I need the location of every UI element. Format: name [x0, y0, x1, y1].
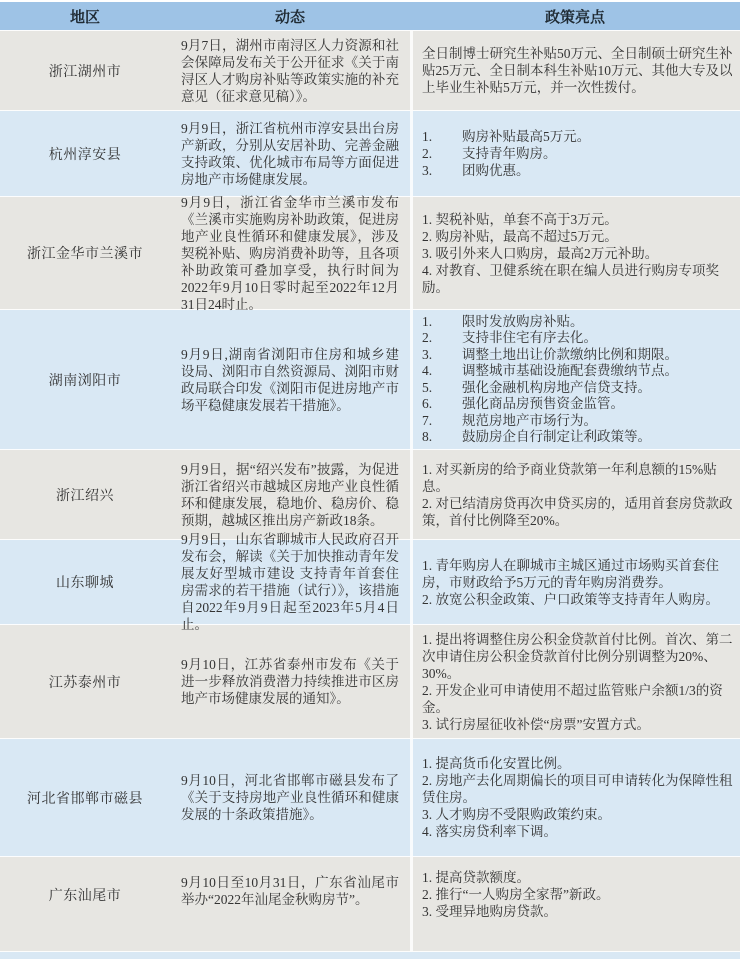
- highlight-item: 7.规范房地产市场行为。: [422, 413, 734, 430]
- highlight-item: 1. 青年购房人在聊城市主城区通过市场购买首套住房，市财政给予5万元的青年购房消…: [422, 557, 734, 591]
- highlights-cell: 1. 提高货币化安置比例。2. 房地产去化周期偏长的项目可申请转化为保障性租赁住…: [410, 739, 740, 856]
- region-cell: 山东聊城: [0, 572, 170, 592]
- item-number: 7.: [422, 413, 462, 430]
- highlight-item: 3. 吸引外来人口购房，最高2万元补助。: [422, 245, 734, 262]
- dynamics-cell: 9月10日至10月31日，广东省汕尾市举办“2022年汕尾金秋购房节”。: [170, 869, 410, 913]
- region-cell: 浙江金华市兰溪市: [0, 243, 170, 263]
- highlight-item: 1. 契税补贴，单套不高于3万元。: [422, 211, 734, 228]
- table-row: 江苏泰州市 9月10日，江苏省泰州市发布《关于进一步释放消费潜力持续推进市区房地…: [0, 625, 740, 739]
- dynamics-cell: 9月9日，浙江省杭州市淳安县出台房产新政，分别从安居补助、完善金融支持政策、优化…: [170, 115, 410, 193]
- dynamics-cell: 9月10日，河北省邯郸市磁县发布了《关于支持房地产业良性循环和健康发展的十条政策…: [170, 767, 410, 828]
- item-number: 6.: [422, 396, 462, 413]
- table-row: 杭州淳安县 9月9日，浙江省杭州市淳安县出台房产新政，分别从安居补助、完善金融支…: [0, 111, 740, 197]
- table-body: 浙江湖州市 9月7日，湖州市南浔区人力资源和社会保障局发布关于公开征求《关于南浔…: [0, 31, 740, 952]
- highlight-item: 6.强化商品房预售资金监管。: [422, 396, 734, 413]
- highlight-item: 3. 人才购房不受限购政策约束。: [422, 806, 734, 823]
- highlight-item: 2.支持非住宅有序去化。: [422, 330, 734, 347]
- highlight-item: 3.调整土地出让价款缴纳比例和期限。: [422, 347, 734, 364]
- table-row: 浙江湖州市 9月7日，湖州市南浔区人力资源和社会保障局发布关于公开征求《关于南浔…: [0, 31, 740, 111]
- highlight-item: 3.团购优惠。: [422, 162, 734, 179]
- region-cell: 浙江绍兴: [0, 485, 170, 505]
- item-text: 购房补贴最高5万元。: [462, 128, 734, 145]
- item-number: 4.: [422, 363, 462, 380]
- highlight-item: 全日制博士研究生补贴50万元、全日制硕士研究生补贴25万元、全日制本科生补贴10…: [422, 45, 734, 96]
- table-header-row: 地区 动态 政策亮点: [0, 2, 740, 31]
- item-number: 1.: [422, 314, 462, 331]
- region-cell: 河北省邯郸市磁县: [0, 788, 170, 808]
- item-text: 鼓励房企自行制定让利政策等。: [462, 429, 734, 446]
- table-row: 广东汕尾市 9月10日至10月31日，广东省汕尾市举办“2022年汕尾金秋购房节…: [0, 857, 740, 952]
- item-text: 规范房地产市场行为。: [462, 413, 734, 430]
- highlight-item: 5.强化金融机构房地产信贷支持。: [422, 380, 734, 397]
- highlight-item: 4. 落实房贷利率下调。: [422, 823, 734, 840]
- table-row: 山东聊城 9月9日，山东省聊城市人民政府召开发布会，解读《关于加快推动青年发展友…: [0, 540, 740, 625]
- item-number: 2.: [422, 145, 462, 162]
- highlight-item: 2. 购房补贴，最高不超过5万元。: [422, 228, 734, 245]
- highlight-item: 2. 放宽公积金政策、户口政策等支持青年人购房。: [422, 591, 734, 608]
- item-number: 3.: [422, 347, 462, 364]
- item-text: 调整城市基础设施配套费缴纳节点。: [462, 363, 734, 380]
- dynamics-cell: 9月9日，浙江省金华市兰溪市发布《兰溪市实施购房补助政策，促进房地产业良性循环和…: [170, 189, 410, 318]
- item-number: 1.: [422, 128, 462, 145]
- item-text: 支持非住宅有序去化。: [462, 330, 734, 347]
- region-cell: 杭州淳安县: [0, 144, 170, 164]
- highlights-cell: 1.购房补贴最高5万元。2.支持青年购房。3.团购优惠。: [410, 111, 740, 196]
- highlights-cell: 1.限时发放购房补贴。2.支持非住宅有序去化。3.调整土地出让价款缴纳比例和期限…: [410, 310, 740, 449]
- region-cell: 湖南浏阳市: [0, 370, 170, 390]
- column-header-highlights: 政策亮点: [410, 6, 740, 27]
- highlights-cell: 全日制博士研究生补贴50万元、全日制硕士研究生补贴25万元、全日制本科生补贴10…: [410, 31, 740, 110]
- item-number: 3.: [422, 162, 462, 179]
- highlight-item: 1. 提高贷款额度。: [422, 869, 734, 886]
- region-cell: 浙江湖州市: [0, 61, 170, 81]
- column-header-region: 地区: [0, 6, 170, 27]
- highlight-item: 4.调整城市基础设施配套费缴纳节点。: [422, 363, 734, 380]
- highlight-item: 1. 提出将调整住房公积金贷款首付比例。首次、第二次申请住房公积金贷款首付比例分…: [422, 631, 734, 682]
- highlight-item: 8.鼓励房企自行制定让利政策等。: [422, 429, 734, 446]
- highlights-cell: 1. 对买新房的给予商业贷款第一年利息额的15%贴息。2. 对已结清房贷再次申贷…: [410, 450, 740, 539]
- item-text: 支持青年购房。: [462, 145, 734, 162]
- highlight-item: 4. 对教育、卫健系统在职在编人员进行购房专项奖励。: [422, 262, 734, 296]
- region-cell: 广东汕尾市: [0, 885, 170, 905]
- item-text: 限时发放购房补贴。: [462, 314, 734, 331]
- policy-table: 地区 动态 政策亮点 浙江湖州市 9月7日，湖州市南浔区人力资源和社会保障局发布…: [0, 2, 740, 959]
- table-row: 河北省邯郸市磁县 9月10日，河北省邯郸市磁县发布了《关于支持房地产业良性循环和…: [0, 739, 740, 857]
- policy-table-page: 地区 动态 政策亮点 浙江湖州市 9月7日，湖州市南浔区人力资源和社会保障局发布…: [0, 0, 740, 959]
- region-cell: 江苏泰州市: [0, 672, 170, 692]
- highlight-item: 1.限时发放购房补贴。: [422, 314, 734, 331]
- dynamics-cell: 9月10日，江苏省泰州市发布《关于进一步释放消费潜力持续推进市区房地产市场健康发…: [170, 651, 410, 712]
- highlight-item: 3. 受理异地购房贷款。: [422, 903, 734, 920]
- next-row-edge: [0, 952, 740, 959]
- highlights-cell: 1. 青年购房人在聊城市主城区通过市场购买首套住房，市财政给予5万元的青年购房消…: [410, 540, 740, 624]
- highlight-item: 1. 对买新房的给予商业贷款第一年利息额的15%贴息。: [422, 461, 734, 495]
- table-row: 浙江金华市兰溪市 9月9日，浙江省金华市兰溪市发布《兰溪市实施购房补助政策，促进…: [0, 197, 740, 310]
- item-text: 调整土地出让价款缴纳比例和期限。: [462, 347, 734, 364]
- highlight-item: 1.购房补贴最高5万元。: [422, 128, 734, 145]
- highlights-cell: 1. 提高贷款额度。2. 推行“一人购房全家帮”新政。3. 受理异地购房贷款。: [410, 857, 740, 951]
- highlight-item: 2. 对已结清房贷再次申贷买房的，适用首套房贷款政策，首付比例降至20%。: [422, 495, 734, 529]
- item-text: 强化金融机构房地产信贷支持。: [462, 380, 734, 397]
- highlights-cell: 1. 契税补贴，单套不高于3万元。2. 购房补贴，最高不超过5万元。3. 吸引外…: [410, 197, 740, 309]
- dynamics-cell: 9月9日，据“绍兴发布”披露，为促进浙江省绍兴市越城区房地产业良性循环和健康发展…: [170, 456, 410, 534]
- highlight-item: 2. 房地产去化周期偏长的项目可申请转化为保障性租赁住房。: [422, 772, 734, 806]
- column-header-dynamics: 动态: [170, 6, 410, 27]
- dynamics-cell: 9月9日,湖南省浏阳市住房和城乡建设局、浏阳市自然资源局、浏阳市财政局联合印发《…: [170, 341, 410, 419]
- dynamics-cell: 9月9日，山东省聊城市人民政府召开发布会，解读《关于加快推动青年发展友好型城市建…: [170, 526, 410, 638]
- item-number: 5.: [422, 380, 462, 397]
- highlight-item: 1. 提高货币化安置比例。: [422, 755, 734, 772]
- highlight-item: 3. 试行房屋征收补偿“房票”安置方式。: [422, 716, 734, 733]
- dynamics-cell: 9月7日，湖州市南浔区人力资源和社会保障局发布关于公开征求《关于南浔区人才购房补…: [170, 32, 410, 110]
- highlight-item: 2. 推行“一人购房全家帮”新政。: [422, 886, 734, 903]
- item-number: 2.: [422, 330, 462, 347]
- highlight-item: 2. 开发企业可申请使用不超过监管账户余额1/3的资金。: [422, 682, 734, 716]
- item-number: 8.: [422, 429, 462, 446]
- highlight-item: 2.支持青年购房。: [422, 145, 734, 162]
- item-text: 强化商品房预售资金监管。: [462, 396, 734, 413]
- item-text: 团购优惠。: [462, 162, 734, 179]
- highlights-cell: 1. 提出将调整住房公积金贷款首付比例。首次、第二次申请住房公积金贷款首付比例分…: [410, 625, 740, 738]
- table-row: 湖南浏阳市 9月9日,湖南省浏阳市住房和城乡建设局、浏阳市自然资源局、浏阳市财政…: [0, 310, 740, 450]
